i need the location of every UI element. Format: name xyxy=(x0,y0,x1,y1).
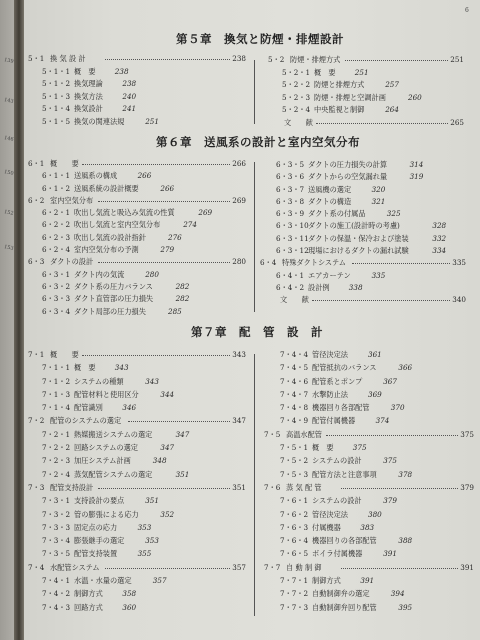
page-reference: 346 xyxy=(122,403,136,412)
section-number: 6・3・2 xyxy=(42,282,70,292)
section-title: 吹出し気流と吸込み気流の性質 xyxy=(74,208,175,218)
margin-page-number: 150 xyxy=(3,169,14,177)
page-reference: 369 xyxy=(368,390,382,399)
section-number: 5・1・1 xyxy=(42,67,70,77)
section-title: 水温・水量の選定 xyxy=(74,576,132,586)
page-reference: 260 xyxy=(408,93,422,102)
page-reference: 375 xyxy=(353,443,367,452)
toc-entry: 5・1換 気 設 計238 xyxy=(28,54,246,67)
section-title: 熱媒搬送システムの選定 xyxy=(74,430,152,440)
margin-page-number: 146 xyxy=(3,135,14,143)
margin-page-number: 139 xyxy=(3,57,14,65)
toc-entry: 7・1概 要343 xyxy=(28,350,246,363)
page-reference: 321 xyxy=(372,197,386,206)
leader-dots xyxy=(105,59,230,60)
chapter-5-title: 第５章 換気と防煙・排煙設計 xyxy=(176,31,344,47)
toc-entry: 6・2室内空気分布269 xyxy=(28,196,246,208)
section-number: 7・1・2 xyxy=(42,377,70,387)
section-number: 7・7・3 xyxy=(280,603,308,613)
toc-entry: 7・4・9配管付属機器374 xyxy=(264,416,474,429)
page-reference: 347 xyxy=(176,430,190,439)
toc-entry: 7・6・1システムの設計379 xyxy=(264,496,474,509)
toc-entry: 7・4・2制御方式358 xyxy=(28,589,246,602)
section-number: 7・3・1 xyxy=(42,496,70,506)
toc-entry: 7・3・1支持設計の要点351 xyxy=(28,496,246,509)
toc-entry: 5・1・5換気の関連法規251 xyxy=(28,117,246,130)
toc-entry: 6・3・2ダクト系の圧力バランス282 xyxy=(28,282,246,294)
section-number: 7・6・1 xyxy=(280,496,308,506)
section-number: 7・4・7 xyxy=(280,390,308,400)
toc-entry: 7・1・2システムの種類343 xyxy=(28,377,246,390)
section-number: 5・1・4 xyxy=(42,104,70,114)
toc-entry: 6・3ダクトの設計280 xyxy=(28,257,246,269)
section-title: 自 動 制 御 xyxy=(286,563,322,573)
section-title: エアカーテン xyxy=(308,271,351,281)
toc-entry: 6・2・1吹出し気流と吸込み気流の性質269 xyxy=(28,208,246,220)
section-title: 文 献 xyxy=(284,118,313,128)
page-reference: 332 xyxy=(432,234,446,243)
section-number: 7・6・5 xyxy=(280,549,308,559)
section-number: 7・4・5 xyxy=(280,363,308,373)
page-reference: 344 xyxy=(160,390,174,399)
section-title: 制御方式 xyxy=(74,589,103,599)
page-reference: 379 xyxy=(460,483,474,492)
section-title: 配管材料と使用区分 xyxy=(74,390,139,400)
section-number: 7・4・1 xyxy=(42,576,70,586)
toc-entry: 5・2防煙・排煙方式251 xyxy=(268,55,464,68)
page-reference: 280 xyxy=(145,270,159,279)
section-title: 換気理論 xyxy=(74,79,103,89)
page-reference: 391 xyxy=(360,576,374,585)
page-reference: 320 xyxy=(372,185,386,194)
toc-entry: 7・2・1熱媒搬送システムの選定347 xyxy=(28,430,246,443)
toc-entry: 7・5高温水配管375 xyxy=(264,430,474,443)
chapter-6-left-column: 6・1概 要2666・1・1送風系の構成2666・1・2送風系統の設計概要266… xyxy=(28,159,246,319)
section-title: 吹出し気流と室内空気分布 xyxy=(74,220,160,230)
toc-entry: 7・3・2管の膨張による応力352 xyxy=(28,510,246,523)
section-title: システムの設計 xyxy=(312,496,362,506)
section-title: 高温水配管 xyxy=(286,430,322,440)
section-number: 7・7・2 xyxy=(280,589,308,599)
page-reference: 357 xyxy=(153,576,167,585)
page-reference: 352 xyxy=(160,510,174,519)
section-title: 換気の関連法規 xyxy=(74,117,124,127)
section-title: 付属機器 xyxy=(312,523,341,533)
section-number: 7・2・2 xyxy=(42,443,70,453)
toc-entry: 7・7自 動 制 御391 xyxy=(264,563,474,576)
section-number: 6・2・4 xyxy=(42,245,70,255)
page-reference: 279 xyxy=(160,245,174,254)
page-reference: 241 xyxy=(122,104,136,113)
toc-entry: 6・3・7送風機の選定320 xyxy=(260,185,466,197)
section-number: 7・7 xyxy=(264,563,280,573)
section-number: 7・3・2 xyxy=(42,510,70,520)
section-title: ダクトの施工(設計時の考慮) xyxy=(308,221,400,231)
section-title: 蒸 気 配 管 xyxy=(286,483,322,493)
section-title: 配管付属機器 xyxy=(312,416,355,426)
leader-dots xyxy=(312,300,450,301)
section-number: 6・3・10 xyxy=(276,221,309,231)
section-number: 7・6・2 xyxy=(280,510,308,520)
section-number: 6・4・2 xyxy=(276,283,304,293)
section-number: 7・4・4 xyxy=(280,350,308,360)
toc-entry: 7・4・4管径決定法361 xyxy=(264,350,474,363)
section-number: 6・3・7 xyxy=(276,185,304,195)
toc-entry: 6・3・4ダクト局部の圧力損失285 xyxy=(28,307,246,319)
toc-entry: 7・4・3回路方式360 xyxy=(28,603,246,616)
page-reference: 391 xyxy=(383,549,397,558)
section-number: 5・2・2 xyxy=(282,80,310,90)
section-number: 7・5・2 xyxy=(280,456,308,466)
page-reference: 374 xyxy=(376,416,390,425)
section-number: 7・5・3 xyxy=(280,470,308,480)
section-number: 7・2・4 xyxy=(42,470,70,480)
section-number: 7・3・3 xyxy=(42,523,70,533)
section-title: 回路方式 xyxy=(74,603,103,613)
toc-entry: 5・2・4中央監視と制御264 xyxy=(268,105,464,118)
toc-entry: 7・3・4膨張継手の選定353 xyxy=(28,536,246,549)
section-title: 配管支持設計 xyxy=(50,483,93,493)
chapter-6-right-column: 6・3・5ダクトの圧力損失の計算3146・3・6ダクトからの空気漏れ量3196・… xyxy=(260,160,466,308)
toc-entry: 7・6・2管径決定法380 xyxy=(264,510,474,523)
section-number: 7・4・8 xyxy=(280,403,308,413)
page-reference: 266 xyxy=(160,184,174,193)
page-reference: 388 xyxy=(398,536,412,545)
section-number: 7・4・3 xyxy=(42,603,70,613)
page-reference: 338 xyxy=(349,283,363,292)
section-title: 配管のシステムの選定 xyxy=(50,416,121,426)
section-number: 6・2 xyxy=(28,196,44,206)
page-reference: 282 xyxy=(176,294,190,303)
section-number: 6・4 xyxy=(260,258,276,268)
section-number: 7・1・1 xyxy=(42,363,70,373)
section-number: 7・1・3 xyxy=(42,390,70,400)
toc-entry: 5・2・2防煙と排煙方式257 xyxy=(268,80,464,93)
section-title: 換気方法 xyxy=(74,92,103,102)
section-title: 概 要 xyxy=(74,67,96,77)
section-number: 5・1・3 xyxy=(42,92,70,102)
section-number: 7・3 xyxy=(28,483,44,493)
page-reference: 383 xyxy=(360,523,374,532)
leader-dots xyxy=(345,60,448,61)
section-title: 配管抵抗のバランス xyxy=(312,363,376,373)
toc-entry: 6・2・3吹出し気流の設計指針276 xyxy=(28,233,246,245)
toc-entry: 6・4特殊ダクトシステム335 xyxy=(260,258,466,270)
toc-entry: 7・6蒸 気 配 管379 xyxy=(264,483,474,496)
toc-entry: 7・5・1概 要375 xyxy=(264,443,474,456)
section-title: 特殊ダクトシステム xyxy=(282,258,346,268)
section-title: ボイラ付属機器 xyxy=(312,549,362,559)
toc-entry: 7・5・3配管方法と注意事項378 xyxy=(264,470,474,483)
section-number: 7・2・3 xyxy=(42,456,70,466)
section-title: 送風機の選定 xyxy=(308,185,351,195)
page-reference: 347 xyxy=(232,416,246,425)
section-title: 防煙・排煙方式 xyxy=(290,55,340,65)
section-title: 水配管システム xyxy=(50,563,100,573)
section-title: 室内空気分布の予測 xyxy=(74,245,139,255)
section-title: 概 要 xyxy=(312,443,334,453)
section-title: 配管支持装置 xyxy=(74,549,117,559)
page-reference: 240 xyxy=(122,92,136,101)
section-number: 7・1・4 xyxy=(42,403,70,413)
section-title: 回路システムの選定 xyxy=(74,443,138,453)
toc-page: 6 第５章 換気と防煙・排煙設計 5・1換 気 設 計2385・1・1概 要23… xyxy=(24,0,480,640)
toc-entry: 7・3・5配管支持装置355 xyxy=(28,549,246,562)
chapter-5-right-column: 5・2防煙・排煙方式2515・2・1概 要2515・2・2防煙と排煙方式2575… xyxy=(268,55,464,130)
toc-entry: 7・4・1水温・水量の選定357 xyxy=(28,576,246,589)
toc-entry: 7・1・1概 要343 xyxy=(28,363,246,376)
section-title: 機器回り各部配管 xyxy=(312,403,370,413)
leader-dots xyxy=(82,164,230,165)
toc-entry: 7・4・6配管系とポンプ367 xyxy=(264,377,474,390)
page-reference: 282 xyxy=(176,282,190,291)
page-reference: 276 xyxy=(168,233,182,242)
section-title: 配管識別 xyxy=(74,403,103,413)
toc-entry: 6・3・12現場におけるダクトの漏れ試験334 xyxy=(260,246,466,258)
page-reference: 257 xyxy=(385,80,399,89)
toc-entry: 7・3・3固定点の応力353 xyxy=(28,523,246,536)
page-reference: 328 xyxy=(432,221,446,230)
toc-entry: 6・3・8ダクトの構造321 xyxy=(260,197,466,209)
page-reference: 274 xyxy=(183,220,197,229)
toc-entry: 6・2・4室内空気分布の予測279 xyxy=(28,245,246,257)
section-number: 7・7・1 xyxy=(280,576,308,586)
section-title: 管径決定法 xyxy=(312,510,348,520)
leader-dots xyxy=(128,421,230,422)
leader-dots xyxy=(98,262,230,263)
page-reference: 266 xyxy=(138,171,152,180)
section-title: 自動制御弁回り配管 xyxy=(312,603,377,613)
page-reference: 264 xyxy=(385,105,399,114)
section-title: 換 気 設 計 xyxy=(50,54,86,64)
toc-entry: 6・1・2送風系統の設計概要266 xyxy=(28,184,246,196)
toc-entry: 7・6・4機器回りの各部配管388 xyxy=(264,536,474,549)
section-title: 防煙・排煙と空調計画 xyxy=(314,93,386,103)
section-title: 吹出し気流の設計指針 xyxy=(74,233,146,243)
leader-dots xyxy=(341,568,458,569)
section-title: 管の膨張による応力 xyxy=(74,510,139,520)
page-reference: 280 xyxy=(232,257,246,266)
page-reference: 378 xyxy=(398,470,412,479)
section-title: 支持設計の要点 xyxy=(74,496,124,506)
page-reference: 380 xyxy=(368,510,382,519)
section-number: 6・3・8 xyxy=(276,197,304,207)
toc-entry: 7・4・8機器回り各部配管370 xyxy=(264,403,474,416)
page-reference: 361 xyxy=(368,350,382,359)
section-title: 管径決定法 xyxy=(312,350,348,360)
section-title: 文 献 xyxy=(280,295,309,305)
page-reference: 335 xyxy=(372,271,386,280)
page-reference: 325 xyxy=(387,209,401,218)
section-number: 6・3・5 xyxy=(276,160,304,170)
section-title: 自動制御弁の選定 xyxy=(312,589,370,599)
chapter-7-left-column: 7・1概 要3437・1・1概 要3437・1・2システムの種類3437・1・3… xyxy=(28,350,246,616)
section-number: 6・3・6 xyxy=(276,172,304,182)
section-title: ダクトの圧力損失の計算 xyxy=(308,160,387,170)
page-reference: 319 xyxy=(410,172,424,181)
section-title: 設計例 xyxy=(308,283,330,293)
section-title: 概 要 xyxy=(314,68,336,78)
section-number: 6・3・3 xyxy=(42,294,70,304)
section-number: 7・4・6 xyxy=(280,377,308,387)
page-reference: 366 xyxy=(398,363,412,372)
toc-entry: 6・4・2設計例338 xyxy=(260,283,466,295)
page-reference: 285 xyxy=(168,307,182,316)
section-title: 中央監視と制御 xyxy=(314,105,364,115)
page-reference: 348 xyxy=(153,456,167,465)
toc-entry: 6・3・9ダクト系の付属品325 xyxy=(260,209,466,221)
section-number: 6・3・1 xyxy=(42,270,70,280)
section-title: 防煙と排煙方式 xyxy=(314,80,364,90)
toc-entry: 5・1・3換気方法240 xyxy=(28,92,246,105)
section-title: 換気設計 xyxy=(74,104,103,114)
page-reference: 351 xyxy=(145,496,159,505)
section-number: 7・3・5 xyxy=(42,549,70,559)
section-number: 7・4・2 xyxy=(42,589,70,599)
toc-entry: 5・2・3防煙・排煙と空調計画260 xyxy=(268,93,464,106)
page-number: 6 xyxy=(465,7,469,14)
page-reference: 358 xyxy=(122,589,136,598)
section-number: 7・1 xyxy=(28,350,44,360)
column-divider xyxy=(254,354,255,616)
section-number: 5・2・1 xyxy=(282,68,310,78)
page-reference: 314 xyxy=(410,160,424,169)
section-number: 6・1・1 xyxy=(42,171,70,181)
chapter-7-title: 第７章 配 管 設 計 xyxy=(191,324,323,340)
page-reference: 375 xyxy=(460,430,474,439)
leader-dots xyxy=(316,123,448,124)
section-title: 送風系統の設計概要 xyxy=(74,184,139,194)
section-title: 配管系とポンプ xyxy=(312,377,362,387)
section-title: ダクト系の圧力バランス xyxy=(74,282,153,292)
page-reference: 251 xyxy=(145,117,159,126)
toc-entry: 7・1・3配管材料と使用区分344 xyxy=(28,390,246,403)
section-number: 7・6 xyxy=(264,483,280,493)
page-reference: 394 xyxy=(391,589,405,598)
section-number: 7・6・4 xyxy=(280,536,308,546)
section-title: システムの設計 xyxy=(312,456,362,466)
section-number: 7・4 xyxy=(28,563,44,573)
page-reference: 370 xyxy=(391,403,405,412)
section-title: 概 要 xyxy=(50,350,79,360)
toc-entry: 7・6・3付属機器383 xyxy=(264,523,474,536)
section-number: 5・2・3 xyxy=(282,93,310,103)
section-title: 配管方法と注意事項 xyxy=(312,470,377,480)
page-reference: 391 xyxy=(460,563,474,572)
leader-dots xyxy=(352,263,450,264)
chapter-6-title: 第６章 送風系の設計と室内空気分布 xyxy=(156,134,360,150)
section-number: 6・3・4 xyxy=(42,307,70,317)
page-reference: 269 xyxy=(232,196,246,205)
section-number: 6・3 xyxy=(28,257,44,267)
page-reference: 353 xyxy=(138,523,152,532)
page-reference: 265 xyxy=(450,118,464,127)
margin-page-number: 153 xyxy=(3,244,14,252)
toc-entry: 7・4・5配管抵抗のバランス366 xyxy=(264,363,474,376)
section-number: 7・6・3 xyxy=(280,523,308,533)
leader-dots xyxy=(326,435,458,436)
section-title: 機器回りの各部配管 xyxy=(312,536,377,546)
section-title: 概 要 xyxy=(50,159,79,169)
page-reference: 269 xyxy=(198,208,212,217)
section-title: 水撃防止法 xyxy=(312,390,348,400)
section-title: 送風系の構成 xyxy=(74,171,117,181)
section-number: 6・2・3 xyxy=(42,233,70,243)
toc-entry: 6・4・1エアカーテン335 xyxy=(260,271,466,283)
toc-entry: 7・1・4配管識別346 xyxy=(28,403,246,416)
toc-entry: 7・3配管支持設計351 xyxy=(28,483,246,496)
page-reference: 238 xyxy=(115,67,129,76)
book-gutter xyxy=(14,0,24,640)
toc-entry: 文 献265 xyxy=(268,118,464,131)
page-reference: 357 xyxy=(232,563,246,572)
section-title: ダクト直管部の圧力損失 xyxy=(74,294,153,304)
section-number: 6・3・12 xyxy=(276,246,309,256)
page-reference: 360 xyxy=(122,603,136,612)
toc-entry: 7・2配管のシステムの選定347 xyxy=(28,416,246,429)
toc-entry: 7・7・1制御方式391 xyxy=(264,576,474,589)
section-title: ダクトからの空気漏れ量 xyxy=(308,172,387,182)
toc-entry: 6・3・3ダクト直管部の圧力損失282 xyxy=(28,294,246,306)
toc-entry: 7・6・5ボイラ付属機器391 xyxy=(264,549,474,562)
page-reference: 379 xyxy=(383,496,397,505)
toc-entry: 6・3・10ダクトの施工(設計時の考慮)328 xyxy=(260,221,466,233)
leader-dots xyxy=(105,568,230,569)
page-reference: 238 xyxy=(122,79,136,88)
section-number: 5・1・2 xyxy=(42,79,70,89)
toc-entry: 6・1概 要266 xyxy=(28,159,246,171)
section-number: 6・2・2 xyxy=(42,220,70,230)
section-number: 7・5 xyxy=(264,430,280,440)
leader-dots xyxy=(341,488,458,489)
toc-entry: 6・2・2吹出し気流と室内空気分布274 xyxy=(28,220,246,232)
section-number: 6・3・11 xyxy=(276,234,309,244)
leader-dots xyxy=(98,488,230,489)
toc-entry: 5・1・1概 要238 xyxy=(28,67,246,80)
page-reference: 353 xyxy=(145,536,159,545)
section-title: 膨張継手の選定 xyxy=(74,536,124,546)
section-title: ダクトの保温・保冷および塗装 xyxy=(308,234,409,244)
section-title: ダクト局部の圧力損失 xyxy=(74,307,146,317)
section-number: 5・1・5 xyxy=(42,117,70,127)
page-reference: 375 xyxy=(383,456,397,465)
toc-entry: 5・2・1概 要251 xyxy=(268,68,464,81)
chapter-7-right-column: 7・4・4管径決定法3617・4・5配管抵抗のバランス3667・4・6配管系とポ… xyxy=(264,350,474,616)
section-title: 固定点の応力 xyxy=(74,523,117,533)
section-title: 室内空気分布 xyxy=(50,196,93,206)
toc-entry: 6・1・1送風系の構成266 xyxy=(28,171,246,183)
section-number: 5・1 xyxy=(28,54,44,64)
page-reference: 335 xyxy=(452,258,466,267)
column-divider xyxy=(254,60,255,124)
page-reference: 355 xyxy=(138,549,152,558)
toc-entry: 5・1・2換気理論238 xyxy=(28,79,246,92)
section-number: 6・3・9 xyxy=(276,209,304,219)
page-reference: 251 xyxy=(450,55,464,64)
toc-entry: 7・4水配管システム357 xyxy=(28,563,246,576)
toc-entry: 7・2・3加圧システム計画348 xyxy=(28,456,246,469)
section-title: ダクトの構造 xyxy=(308,197,351,207)
margin-page-number: 152 xyxy=(3,209,14,217)
page-reference: 351 xyxy=(232,483,246,492)
toc-entry: 7・5・2システムの設計375 xyxy=(264,456,474,469)
leader-dots xyxy=(82,355,230,356)
section-number: 7・3・4 xyxy=(42,536,70,546)
section-number: 7・5・1 xyxy=(280,443,308,453)
toc-entry: 6・3・6ダクトからの空気漏れ量319 xyxy=(260,172,466,184)
section-title: ダクト内の気流 xyxy=(74,270,124,280)
toc-entry: 5・1・4換気設計241 xyxy=(28,104,246,117)
